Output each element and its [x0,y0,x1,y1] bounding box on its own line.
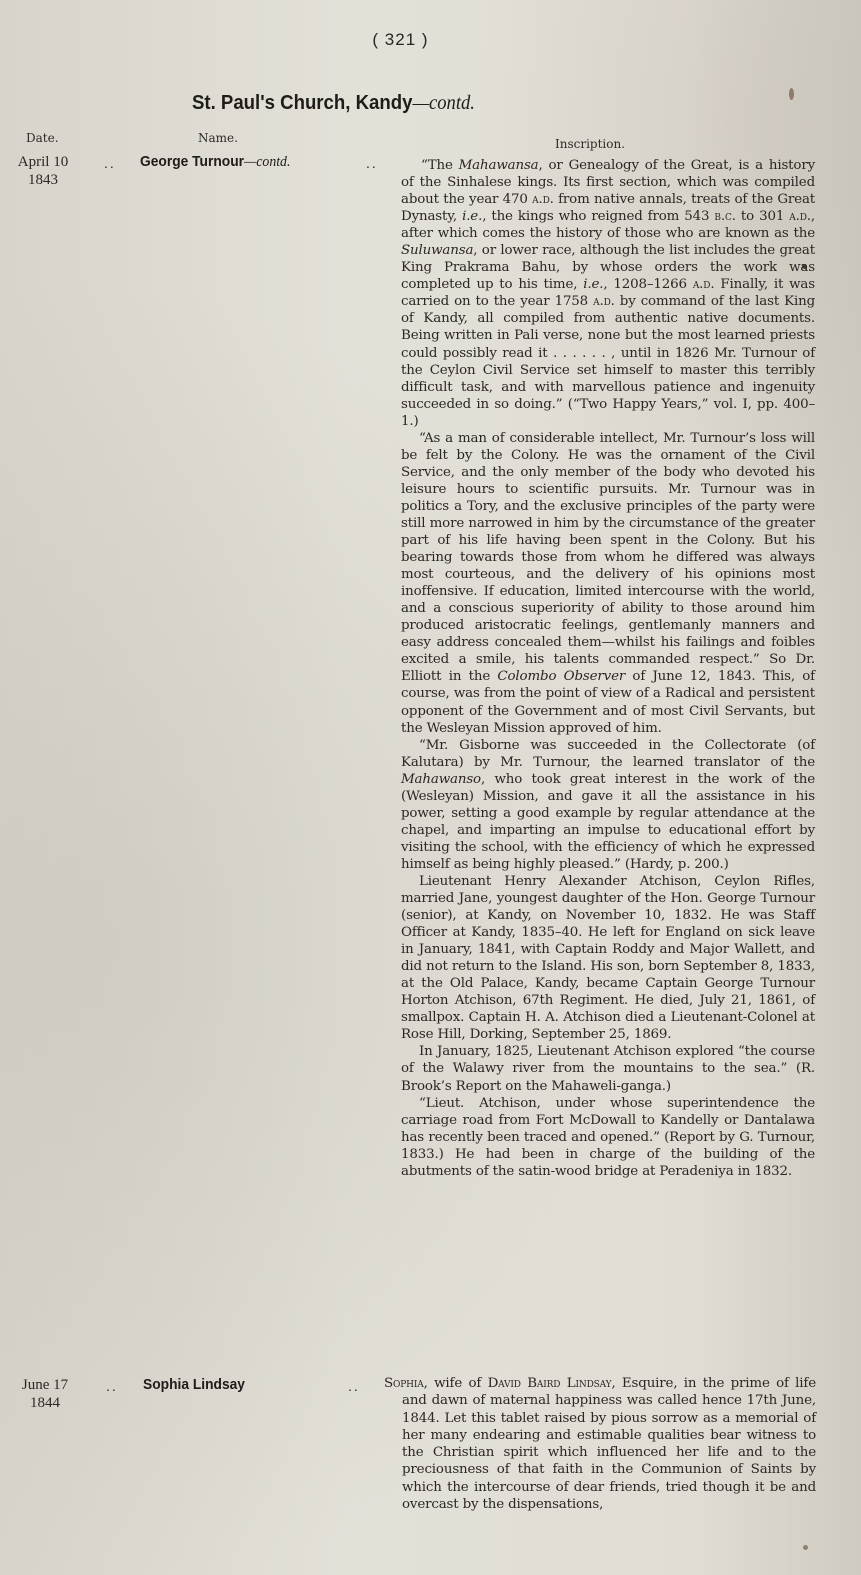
italic-text: i.e. [583,277,603,292]
italic-text: Suluwansa [401,243,473,258]
inscription-paragraph: Sophia, wife of David Baird Lindsay, Esq… [384,1375,816,1513]
inscription-paragraph: Lieutenant Henry Alexander Atchison, Cey… [401,873,815,1043]
column-header-name: Name. [198,131,238,145]
small-caps-text: b.c. [714,209,735,224]
entry-date-day: April 10 [8,153,78,171]
column-header-date: Date. [26,131,59,145]
paper-stain [803,1545,808,1550]
italic-text: Colombo Observer [497,669,625,684]
inscription-paragraph: “Lieut. Atchison, under whose superinten… [401,1095,815,1180]
inscription-paragraph: “Mr. Gisborne was succeeded in the Colle… [401,737,815,873]
entry-date-day: June 17 [10,1376,80,1394]
leader-dots: .. [348,1378,360,1394]
entry-name-text: George Turnour [140,153,244,170]
entry-date: April 10 1843 [8,153,78,189]
entry-name: Sophia Lindsay [143,1376,245,1393]
section-title: St. Paul's Church, Kandy—contd. [192,92,475,115]
leader-dots: .. [106,1378,118,1394]
paper-stain [789,88,794,100]
leader-dots: .. [104,155,116,171]
entry-name-contd: —contd. [244,154,290,170]
italic-text: Mahawansa [459,158,539,173]
small-caps-text: Sophia [384,1376,424,1391]
section-title-contd: —contd. [412,92,475,114]
entry-date-year: 1843 [8,171,78,189]
small-caps-text: a.d. [693,277,715,292]
italic-text: Mahawanso [401,772,481,787]
small-caps-text: David Baird Lindsay [488,1376,612,1391]
entry-name-text: Sophia Lindsay [143,1376,245,1393]
page-number-text: ( 321 ) [372,30,428,49]
inscription-paragraph: In January, 1825, Lieutenant Atchison ex… [401,1043,815,1094]
small-caps-text: a.d. [532,192,554,207]
paper-stain [802,264,807,269]
italic-text: i.e. [462,209,482,224]
page-number: ( 321 ) [0,30,861,50]
inscription-text: “The Mahawansa, or Genealogy of the Grea… [401,157,815,1180]
entry-date: June 17 1844 [10,1376,80,1412]
leader-dots: .. [366,155,378,171]
entry-date-year: 1844 [10,1394,80,1412]
inscription-text: Sophia, wife of David Baird Lindsay, Esq… [384,1375,816,1513]
small-caps-text: a.d. [593,294,615,309]
column-header-inscription: Inscription. [555,137,625,151]
inscription-paragraph: “As a man of considerable intellect, Mr.… [401,430,815,737]
section-title-text: St. Paul's Church, Kandy [192,92,412,114]
entry-name: George Turnour—contd. [140,153,290,171]
inscription-paragraph: “The Mahawansa, or Genealogy of the Grea… [401,157,815,430]
small-caps-text: a.d. [789,209,811,224]
